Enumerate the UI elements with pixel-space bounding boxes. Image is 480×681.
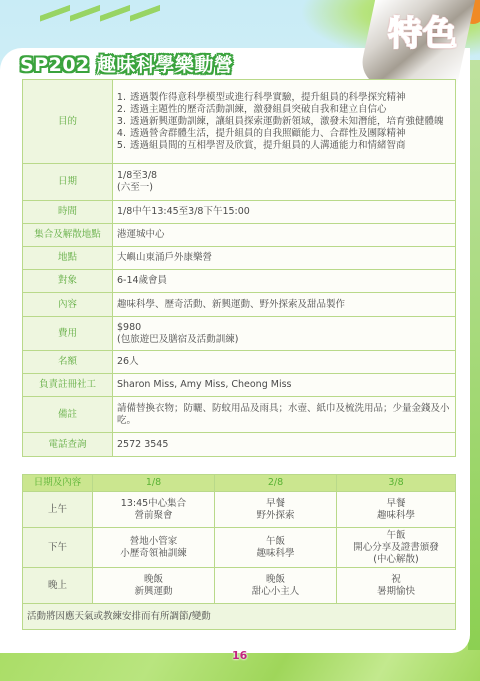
list-item: 透過主題性的歷奇活動訓練，激發組員突破自我和建立自信心	[129, 104, 451, 116]
row-label: 日期	[23, 164, 113, 201]
table-row-target: 對象 6-14歲會員	[23, 270, 456, 293]
list-item: 透過組員間的互相學習及欣賞，提升組員的人溝通能力和情緒智商	[129, 140, 451, 152]
row-value: 6-14歲會員	[113, 270, 456, 293]
schedule-cell: 早餐 趣味科學	[337, 492, 456, 528]
row-label: 負責註冊社工	[23, 374, 113, 397]
cell-line: 開心分享及證書頒發	[341, 542, 451, 554]
schedule-cell: 營地小管家 小歷奇領袖訓練	[93, 528, 215, 568]
header-cell: 1/8	[93, 475, 215, 492]
cell-line: 營前聚會	[97, 510, 210, 522]
row-label: 下午	[23, 528, 93, 568]
row-value: 港運城中心	[113, 224, 456, 247]
row-label: 備註	[23, 397, 113, 433]
table-row-fee: 費用 $980 (包旅遊巴及膳宿及活動訓練)	[23, 317, 456, 351]
page-title: SP202 趣味科學樂動營	[20, 50, 233, 77]
date-range: 1/8至3/8	[117, 170, 451, 182]
row-label: 上午	[23, 492, 93, 528]
cell-line: 營地小管家	[97, 536, 210, 548]
schedule-note-row: 活動將因應天氣或教練安排而有所調節/變動	[23, 604, 456, 630]
schedule-cell: 祝 暑期愉快	[337, 568, 456, 604]
cell-line: 暑期愉快	[341, 586, 451, 598]
schedule-row-afternoon: 下午 營地小管家 小歷奇領袖訓練 午飯 趣味科學 午飯 開心分享及證書頒發 (中…	[23, 528, 456, 568]
cell-line: 晚飯	[219, 574, 332, 586]
table-row-purpose: 目的 透過製作得意科學模型或進行科學實驗，提升組員的科學探究精神 透過主題性的歷…	[23, 80, 456, 164]
schedule-header-row: 日期及內容 1/8 2/8 3/8	[23, 475, 456, 492]
header-cell: 3/8	[337, 475, 456, 492]
cell-line: 13:45中心集合	[97, 498, 210, 510]
schedule-cell: 13:45中心集合 營前聚會	[93, 492, 215, 528]
row-value: 大嶼山東涌戶外康樂營	[113, 247, 456, 270]
cell-line: 野外探索	[219, 510, 332, 522]
cell-line: 甜心小主人	[219, 586, 332, 598]
info-table: 目的 透過製作得意科學模型或進行科學實驗，提升組員的科學探究精神 透過主題性的歷…	[22, 79, 456, 457]
background-leaves	[40, 0, 160, 28]
feature-badge: 特色	[388, 6, 458, 55]
cell-line: 午飯	[341, 530, 451, 542]
schedule-cell: 晚飯 甜心小主人	[215, 568, 337, 604]
table-row-quota: 名額 26人	[23, 351, 456, 374]
cell-line: 晚飯	[97, 574, 210, 586]
row-label: 對象	[23, 270, 113, 293]
cell-line: (中心解散)	[341, 554, 451, 566]
phone-number: 2572 3545	[113, 433, 456, 457]
row-label: 時間	[23, 201, 113, 224]
row-label: 電話查詢	[23, 433, 113, 457]
table-row-date: 日期 1/8至3/8 (六至一)	[23, 164, 456, 201]
table-row-venue: 地點 大嶼山東涌戶外康樂營	[23, 247, 456, 270]
cell-line: 趣味科學	[341, 510, 451, 522]
purpose-list: 透過製作得意科學模型或進行科學實驗，提升組員的科學探究精神 透過主題性的歷奇活動…	[117, 92, 451, 152]
page-number: 16	[232, 649, 247, 662]
row-label: 目的	[23, 80, 113, 164]
schedule-table: 日期及內容 1/8 2/8 3/8 上午 13:45中心集合 營前聚會 早餐 野…	[22, 474, 456, 630]
list-item: 透過營舍群體生活，提升組員的自我照顧能力、合群性及團隊精神	[129, 128, 451, 140]
row-value: Sharon Miss, Amy Miss, Cheong Miss	[113, 374, 456, 397]
table-row-time: 時間 1/8中午13:45至3/8下午15:00	[23, 201, 456, 224]
cell-line: 早餐	[219, 498, 332, 510]
cell-line: 小歷奇領袖訓練	[97, 548, 210, 560]
cell-line: 午飯	[219, 536, 332, 548]
fee-includes: (包旅遊巴及膳宿及活動訓練)	[117, 334, 451, 346]
row-label: 內容	[23, 293, 113, 317]
header-cell: 日期及內容	[23, 475, 93, 492]
cell-line: 趣味科學	[219, 548, 332, 560]
table-row-social-workers: 負責註冊社工 Sharon Miss, Amy Miss, Cheong Mis…	[23, 374, 456, 397]
row-value: 趣味科學、歷奇活動、新興運動、野外探索及甜品製作	[113, 293, 456, 317]
fee-amount: $980	[117, 322, 451, 334]
schedule-row-evening: 晚上 晚飯 新興運動 晚飯 甜心小主人 祝 暑期愉快	[23, 568, 456, 604]
schedule-cell: 早餐 野外探索	[215, 492, 337, 528]
schedule-cell: 午飯 開心分享及證書頒發 (中心解散)	[337, 528, 456, 568]
cell-line: 祝	[341, 574, 451, 586]
cell-line: 新興運動	[97, 586, 210, 598]
row-label: 晚上	[23, 568, 93, 604]
header-cell: 2/8	[215, 475, 337, 492]
row-value: 1/8至3/8 (六至一)	[113, 164, 456, 201]
row-label: 地點	[23, 247, 113, 270]
row-label: 集合及解散地點	[23, 224, 113, 247]
table-row-content: 內容 趣味科學、歷奇活動、新興運動、野外探索及甜品製作	[23, 293, 456, 317]
date-weekdays: (六至一)	[117, 182, 451, 194]
schedule-cell: 午飯 趣味科學	[215, 528, 337, 568]
row-label: 費用	[23, 317, 113, 351]
row-value: 26人	[113, 351, 456, 374]
table-row-phone: 電話查詢 2572 3545	[23, 433, 456, 457]
schedule-cell: 晚飯 新興運動	[93, 568, 215, 604]
row-value: 1/8中午13:45至3/8下午15:00	[113, 201, 456, 224]
table-row-meeting-point: 集合及解散地點 港運城中心	[23, 224, 456, 247]
schedule-row-morning: 上午 13:45中心集合 營前聚會 早餐 野外探索 早餐 趣味科學	[23, 492, 456, 528]
schedule-note: 活動將因應天氣或教練安排而有所調節/變動	[23, 604, 456, 630]
cell-line: 早餐	[341, 498, 451, 510]
list-item: 透過製作得意科學模型或進行科學實驗，提升組員的科學探究精神	[129, 92, 451, 104]
row-value: $980 (包旅遊巴及膳宿及活動訓練)	[113, 317, 456, 351]
row-label: 名額	[23, 351, 113, 374]
purpose-list-cell: 透過製作得意科學模型或進行科學實驗，提升組員的科學探究精神 透過主題性的歷奇活動…	[113, 80, 456, 164]
list-item: 透過新興運動訓練，讓組員探索運動新領域，激發未知潛能，培育強健體魄	[129, 116, 451, 128]
table-row-remarks: 備註 請備替換衣物；防曬、防蚊用品及雨具；水壺、紙巾及梳洗用品；少量金錢及小吃。	[23, 397, 456, 433]
row-value: 請備替換衣物；防曬、防蚊用品及雨具；水壺、紙巾及梳洗用品；少量金錢及小吃。	[113, 397, 456, 433]
